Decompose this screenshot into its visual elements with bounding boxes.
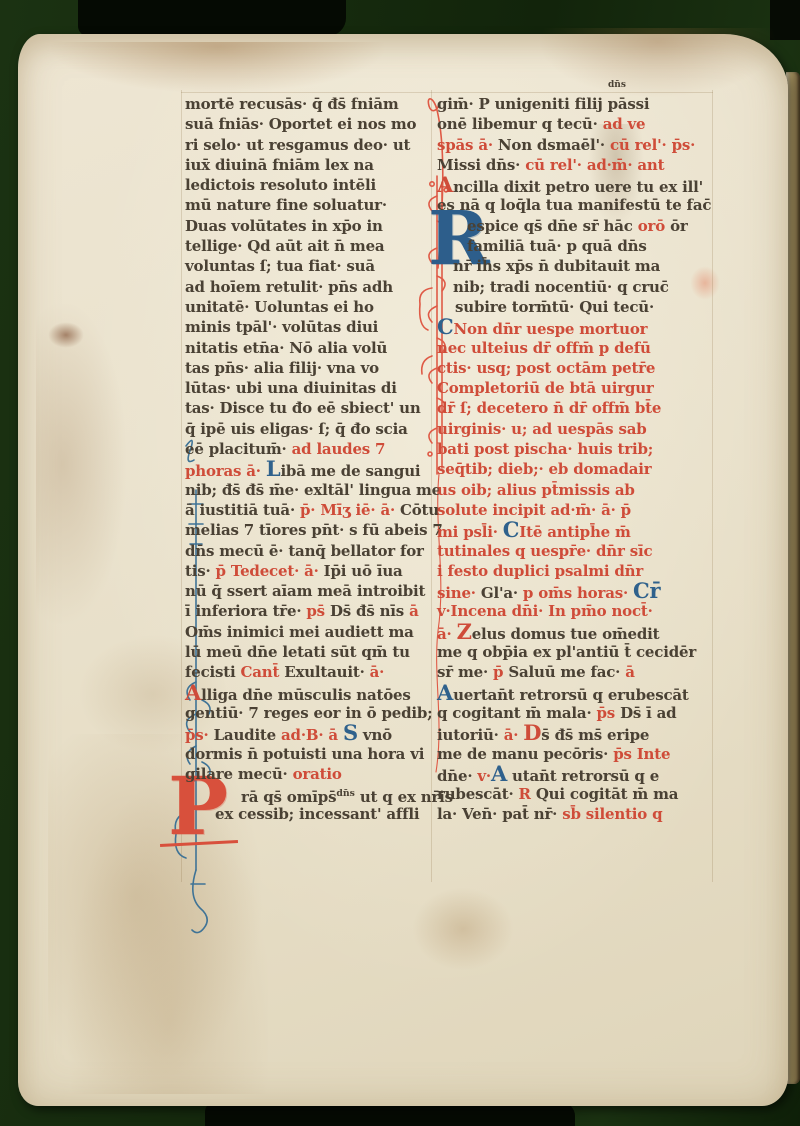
text-segment: rā qs̄ omīps̄: [241, 788, 336, 806]
text-segment: Non dsmaēl'·: [498, 136, 610, 154]
text-segment: Ds̄ đs̄ nīs: [330, 602, 409, 620]
text-line: melias 7 tīores pn̄t· s fū abeis 7: [185, 520, 437, 540]
book-page-stack-edge: [786, 72, 800, 1084]
text-segment: ā: [409, 602, 419, 620]
text-segment: A: [185, 680, 201, 705]
text-segment: sr̄ me·: [437, 663, 493, 681]
text-line: dn̄s mecū ē· tanq̄ bellator for: [185, 541, 437, 561]
text-segment: lūtas· ubi una diuinitas di: [185, 379, 397, 397]
text-segment: fecisti: [185, 663, 241, 681]
text-segment: ledictois resoluto intēli: [185, 176, 376, 194]
text-segment: Ds̄ ī ad: [620, 704, 676, 722]
parchment-stain: [48, 322, 84, 348]
text-segment: subire torm̄tū· Qui tecū·: [455, 298, 654, 316]
text-segment: gim̄· P unigeniti filij pāssi: [437, 95, 649, 113]
text-segment: ā: [625, 663, 635, 681]
text-segment: lū meū dn̄e letati sūt qm̄ tu: [185, 643, 410, 661]
text-line: eē placitum̄· ad laudes 7: [185, 439, 437, 459]
right-column: gim̄· P unigeniti filij pāssionē libemur…: [437, 94, 715, 825]
text-line: dn̄e· v·A utan̄t retrorsū q e: [437, 764, 715, 784]
text-line: nec ulteius dr̄ offm̄ p defū: [437, 338, 715, 358]
text-segment: Duas volūtates in xp̄o in: [185, 217, 383, 235]
text-segment: p̄: [493, 663, 508, 681]
manuscript-page: R P dn̄s mortē recusās· q̄ đs̄ fniāmsuā …: [18, 34, 788, 1106]
text-segment: uertan̄t retrorsū q erubescāt: [453, 686, 689, 704]
text-line: q̄ ipē uis eligas· ſ; q̄ đo scia: [185, 419, 437, 439]
text-line: lūtas· ubi una diuinitas di: [185, 378, 437, 398]
text-line: rubescāt· R Qui cogitāt m̄ ma: [437, 784, 715, 804]
text-segment: A: [437, 680, 453, 705]
text-segment: nec ulteius dr̄ offm̄ p defū: [437, 339, 651, 357]
text-segment: ā·: [504, 726, 524, 744]
text-segment: ctis· usq; post octām petr̄e: [437, 359, 655, 377]
text-segment: v·Incena dn̄i· In pm̄o noct̄·: [437, 602, 653, 620]
text-line: me q obp̄ia ex pl'antiū t̄ cecidēr: [437, 642, 715, 662]
text-segment: mū nature fine soluatur·: [185, 196, 387, 214]
text-line: es nā q loq̄la tua manifestū te fac̄: [437, 195, 715, 215]
text-segment: p̄s·: [185, 726, 214, 744]
text-line: q cogitant m̄ mala· p̄s Ds̄ ī ad: [437, 703, 715, 723]
text-line: uirginis· u; ad uespās sab: [437, 419, 715, 439]
text-line: onē libemur q tecū· ad ve: [437, 114, 715, 134]
text-segment: sine·: [437, 584, 481, 602]
text-segment: me q obp̄ia ex pl'antiū t̄ cecidēr: [437, 643, 696, 661]
text-segment: tas pn̄s· alia filij· vna vo: [185, 359, 379, 377]
text-line: tas· Disce tu đo eē sbiect' un: [185, 398, 437, 418]
text-segment: Saluū me fac·: [508, 663, 625, 681]
text-segment: ad laudes 7: [292, 440, 386, 458]
text-segment: elus domus tue om̄edit: [472, 625, 660, 643]
text-segment: A: [491, 761, 507, 786]
text-segment: gilare mecū·: [185, 765, 293, 783]
text-segment: Laudite: [214, 726, 281, 744]
text-segment: dr̄ ſ; decetero n̄ dr̄ offm̄ bt̄e: [437, 399, 661, 417]
text-segment: seq̄tib; dieb;· eb domadair: [437, 460, 652, 478]
text-segment: nib; đs̄ đs̄ m̄e· exltāl' lingua me: [185, 481, 441, 499]
text-line: dormis n̄ potuisti una hora vi: [185, 744, 437, 764]
parchment-stain: [36, 304, 126, 624]
text-segment: nū q̄ ssert aīam meā introibit: [185, 582, 425, 600]
text-line: nib; đs̄ đs̄ m̄e· exltāl' lingua me: [185, 480, 437, 500]
text-segment: rubescāt·: [437, 785, 519, 803]
text-line: Duas volūtates in xp̄o in: [185, 216, 437, 236]
text-line: nib; tradi nocentiū· q cruc̄: [437, 277, 715, 297]
text-line: nitatis etn̄a· Nō alia volū: [185, 338, 437, 358]
text-line: mi psl̄i· CItē antiph̄e m̄: [437, 520, 715, 540]
text-line: sr̄ me· p̄ Saluū me fac· ā: [437, 662, 715, 682]
text-segment: ri selo· ut resgamus deo· ut: [185, 136, 410, 154]
text-line: ri selo· ut resgamus deo· ut: [185, 135, 437, 155]
text-segment: voluntas ſ; tua fiat· suā: [185, 257, 375, 275]
text-segment: me de manu pecōris·: [437, 745, 613, 763]
text-segment: ā·: [437, 625, 457, 643]
text-segment: A: [437, 172, 453, 197]
text-segment: phoras ā·: [185, 462, 266, 480]
text-segment: dn̄s mecū ē· tanq̄ bellator for: [185, 542, 424, 560]
text-segment: Cr̄: [633, 578, 660, 603]
text-segment: unitatē· Uoluntas ei ho: [185, 298, 374, 316]
text-segment: mi psl̄i·: [437, 523, 503, 541]
text-segment: mortē recusās· q̄ đs̄ fniām: [185, 95, 399, 113]
text-line: ī inferiora tr̄e· ps̄ Ds̄ đs̄ nīs ā: [185, 601, 437, 621]
text-segment: ā iustitiā tuā·: [185, 501, 300, 519]
text-line: suā fniās· Oportet ei nos mo: [185, 114, 437, 134]
text-line: gentiū· 7 reges eor in ō pedib;: [185, 703, 437, 723]
text-segment: lliga dn̄e mūsculis natōes: [201, 686, 411, 704]
backdrop-shadow-corner: [770, 0, 800, 40]
text-segment: C: [437, 314, 454, 339]
text-line: rā qs̄ omīps̄dn̄s ut q ex nr̄is: [185, 784, 437, 804]
text-segment: eē placitum̄·: [185, 440, 292, 458]
text-segment: dn̄e·: [437, 767, 477, 785]
text-segment: D: [523, 720, 541, 745]
text-segment: Om̄s inimici mei audiett ma: [185, 623, 414, 641]
text-line: familiā tuā· p quā dn̄s: [437, 236, 715, 256]
text-line: Om̄s inimici mei audiett ma: [185, 622, 437, 642]
text-line: minis tpāl'· volūtas diui: [185, 317, 437, 337]
text-line: bati post pischa· huis trib;: [437, 439, 715, 459]
text-line: espice qs̄ dn̄e sr̄ hāc orō ōr: [437, 216, 715, 236]
text-segment: utan̄t retrorsū q e: [507, 767, 659, 785]
text-segment: ad·B· ā: [281, 726, 343, 744]
text-segment: nitatis etn̄a· Nō alia volū: [185, 339, 387, 357]
text-segment: Itē antiph̄e m̄: [519, 523, 630, 541]
text-segment: Z: [457, 619, 472, 644]
text-segment: dormis n̄ potuisti una hora vi: [185, 745, 424, 763]
text-line: tellige· Qd aūt ait n̄ mea: [185, 236, 437, 256]
text-segment: dn̄s: [336, 788, 355, 799]
text-line: mū nature fine soluatur·: [185, 195, 437, 215]
text-segment: us oib; alius pt̄missis ab: [437, 481, 635, 499]
text-line: ā iustitiā tuā· p̄· Mīʒ iē· ā· Cōtu: [185, 500, 437, 520]
text-segment: Missi dn̄s·: [437, 156, 525, 174]
text-segment: tas· Disce tu đo eē sbiect' un: [185, 399, 421, 417]
text-segment: suā fniās· Oportet ei nos mo: [185, 115, 416, 133]
text-segment: ibā me de sangui: [280, 462, 420, 480]
text-segment: ad ve: [603, 115, 646, 133]
text-segment: uirginis· u; ad uespās sab: [437, 420, 647, 438]
backdrop-shadow-top: [78, 0, 346, 36]
text-line: v·Incena dn̄i· In pm̄o noct̄·: [437, 601, 715, 621]
left-column: mortē recusās· q̄ đs̄ fniāmsuā fniās· Op…: [185, 94, 437, 825]
text-segment: ps̄: [306, 602, 330, 620]
text-segment: cū rel'· p̄s·: [610, 136, 695, 154]
text-segment: v·: [477, 767, 491, 785]
text-segment: ā·: [370, 663, 385, 681]
text-segment: espice qs̄ dn̄e sr̄ hāc: [467, 217, 638, 235]
text-segment: tutinales q uespr̄e· dn̄r sīc: [437, 542, 652, 560]
text-segment: onē libemur q tecū·: [437, 115, 603, 133]
text-segment: ad hoīem retulit· pn̄s adh: [185, 278, 393, 296]
text-segment: iux̄ diuinā fniām lex na: [185, 156, 374, 174]
text-segment: p̄ Tedecet· ā·: [216, 562, 324, 580]
text-line: iux̄ diuinā fniām lex na: [185, 155, 437, 175]
text-segment: S: [343, 720, 358, 745]
text-segment: tis·: [185, 562, 216, 580]
text-segment: gentiū· 7 reges eor in ō pedib;: [185, 704, 433, 722]
parchment-stain: [48, 42, 388, 94]
text-line: Missi dn̄s· cū rel'· ad·m̄· ant: [437, 155, 715, 175]
text-line: ā· Zelus domus tue om̄edit: [437, 622, 715, 642]
text-segment: Cant̄: [241, 663, 285, 681]
text-line: unitatē· Uoluntas ei ho: [185, 297, 437, 317]
text-line: phoras ā· Libā me de sangui: [185, 459, 437, 479]
text-line: tutinales q uespr̄e· dn̄r sīc: [437, 541, 715, 561]
text-line: p̄s· Laudite ad·B· ā S vnō: [185, 723, 437, 743]
text-segment: ī inferiora tr̄e·: [185, 602, 306, 620]
text-segment: q cogitant m̄ mala·: [437, 704, 597, 722]
text-segment: oratio: [293, 765, 342, 783]
text-segment: ōr: [670, 217, 688, 235]
text-segment: solute incipit ad·m̄· ā· p̄: [437, 501, 631, 519]
text-line: Ancilla dixit petro uere tu ex ill': [437, 175, 715, 195]
text-line: us oib; alius pt̄missis ab: [437, 480, 715, 500]
text-line: nr̄ ih̄s xp̄s n̄ dubitauit ma: [437, 256, 715, 276]
text-segment: p̄· Mīʒ iē· ā·: [300, 501, 400, 519]
text-segment: iutoriū·: [437, 726, 504, 744]
text-line: Alliga dn̄e mūsculis natōes: [185, 683, 437, 703]
text-segment: nib; tradi nocentiū· q cruc̄: [453, 278, 669, 296]
text-segment: Exultauit·: [284, 663, 369, 681]
text-line: CNon dn̄r uespe mortuor: [437, 317, 715, 337]
text-line: nū q̄ ssert aīam meā introibit: [185, 581, 437, 601]
text-segment: cū rel'· ad·m̄· ant: [525, 156, 664, 174]
text-line: ad hoīem retulit· pn̄s adh: [185, 277, 437, 297]
text-segment: es nā q loq̄la tua manifestū te fac̄: [437, 196, 711, 214]
text-line: spās ā· Non dsmaēl'· cū rel'· p̄s·: [437, 135, 715, 155]
parchment-stain: [408, 884, 518, 974]
text-segment: orō: [638, 217, 670, 235]
text-segment: Completoriū de btā uirgur: [437, 379, 654, 397]
text-line: voluntas ſ; tua fiat· suā: [185, 256, 437, 276]
text-segment: Non dn̄r uespe mortuor: [454, 320, 648, 338]
text-segment: sb̄ silentio q: [562, 805, 662, 823]
text-segment: p̄s: [597, 704, 621, 722]
text-segment: i festo duplici psalmi dn̄r: [437, 562, 643, 580]
text-segment: nr̄ ih̄s xp̄s n̄ dubitauit ma: [453, 257, 660, 275]
text-line: subire torm̄tū· Qui tecū·: [437, 297, 715, 317]
parchment-stain: [538, 28, 778, 98]
text-line: seq̄tib; dieb;· eb domadair: [437, 459, 715, 479]
text-segment: ncilla dixit petro uere tu ex ill': [453, 178, 703, 196]
text-segment: q̄ ipē uis eligas· ſ; q̄ đo scia: [185, 420, 408, 438]
text-segment: minis tpāl'· volūtas diui: [185, 318, 378, 336]
text-segment: familiā tuā· p quā dn̄s: [467, 237, 647, 255]
text-line: fecisti Cant̄ Exultauit· ā·: [185, 662, 437, 682]
text-line: Completoriū de btā uirgur: [437, 378, 715, 398]
text-line: me de manu pecōris· p̄s Inte: [437, 744, 715, 764]
text-line: ex cessib; incessant' affli: [185, 804, 437, 824]
text-line: mortē recusās· q̄ đs̄ fniām: [185, 94, 437, 114]
text-segment: s̄ đs̄ ms̄ eripe: [541, 726, 649, 744]
text-segment: Ip̄i uō īua: [324, 562, 403, 580]
text-segment: R: [519, 785, 536, 803]
text-segment: Cōtu: [400, 501, 439, 519]
text-line: ctis· usq; post octām petr̄e: [437, 358, 715, 378]
text-segment: bati post pischa· huis trib;: [437, 440, 653, 458]
text-line: lū meū dn̄e letati sūt qm̄ tu: [185, 642, 437, 662]
text-segment: tellige· Qd aūt ait n̄ mea: [185, 237, 384, 255]
text-line: la· Ven̄· pat̄ nr̄· sb̄ silentio q: [437, 804, 715, 824]
text-segment: L: [266, 456, 281, 481]
text-segment: melias 7 tīores pn̄t· s fū abeis 7: [185, 521, 443, 539]
text-line: solute incipit ad·m̄· ā· p̄: [437, 500, 715, 520]
text-line: gim̄· P unigeniti filij pāssi: [437, 94, 715, 114]
text-line: sine· Gl'a· p om̄s horas· Cr̄: [437, 581, 715, 601]
text-segment: spās ā·: [437, 136, 498, 154]
text-line: tis· p̄ Tedecet· ā· Ip̄i uō īua: [185, 561, 437, 581]
text-segment: Gl'a·: [481, 584, 523, 602]
text-segment: ex cessib; incessant' affli: [215, 805, 419, 823]
text-line: ledictois resoluto intēli: [185, 175, 437, 195]
text-line: tas pn̄s· alia filij· vna vo: [185, 358, 437, 378]
text-segment: vnō: [358, 726, 392, 744]
text-line: i festo duplici psalmi dn̄r: [437, 561, 715, 581]
text-segment: C: [503, 517, 520, 542]
interlinear-gloss: dn̄s: [608, 80, 626, 90]
text-segment: p̄s Inte: [613, 745, 670, 763]
text-line: gilare mecū· oratio: [185, 764, 437, 784]
text-segment: Qui cogitāt m̄ ma: [536, 785, 679, 803]
text-segment: p om̄s horas·: [523, 584, 633, 602]
text-line: Auertan̄t retrorsū q erubescāt: [437, 683, 715, 703]
text-line: iutoriū· ā· Ds̄ đs̄ ms̄ eripe: [437, 723, 715, 743]
text-line: dr̄ ſ; decetero n̄ dr̄ offm̄ bt̄e: [437, 398, 715, 418]
text-segment: la· Ven̄· pat̄ nr̄·: [437, 805, 562, 823]
